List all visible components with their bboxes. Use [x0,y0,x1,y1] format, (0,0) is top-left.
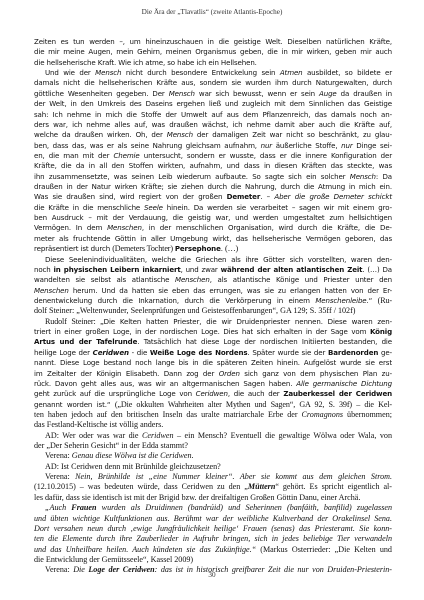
text-line: Verena: Nein, Brünhilde ist „eine Nummer… [34,472,392,482]
text-line: heilige Loge der Ceridwen - die Weiße Lo… [34,348,392,358]
text-segment: das Festland-Keltische ist völlig anders… [34,420,163,429]
text-segment: Was sie draußen sind, wird regiert von d… [34,192,227,201]
text-segment: : Da [376,172,392,181]
text-segment: , als atlantische Könige und Priester un… [210,275,392,284]
emphasis-text: Weiße Loge des Nordens [150,348,248,357]
text-segment: Orden [219,369,240,378]
text-line: nannt. Diese Loge bestand noch lange bis… [34,358,392,368]
text-segment: wurden als Druidinnen (bandrúid) und Seh… [97,503,393,512]
text-line: rück. Davon geht alles aus, was wir an a… [34,379,392,389]
text-line: Kräfte, die da in all den Stoffen wirkte… [34,161,392,171]
text-segment: ge- [378,348,392,357]
text-segment: Menschen [107,223,142,232]
text-segment: Genau diese Wölwa ist die Ceridwen. [72,451,194,460]
text-segment: Vermögen. In dem [34,223,107,232]
text-segment: “ gehört. Es spricht eigentlich al- [275,482,392,491]
text-segment: repräsentiert ist durch [34,244,112,253]
text-segment: les dafür, dass sie identisch ist mit de… [34,493,360,502]
emphasis-text: in physischen Leibern inkarniert [54,265,181,274]
text-segment: . – [260,192,274,201]
text-segment: sah: Ich nehme in mich die Stoffe der Um… [34,110,392,119]
text-line: die hellseherische Kraft. Wie ich atme, … [34,58,392,68]
text-segment: AD: Wer oder was war die [45,431,142,440]
text-segment: herum. Und da hatten sie eben das errung… [69,286,392,295]
text-segment: die mir meine Augen, mein Gehirn, meinen… [34,47,392,56]
text-line: „Auch Frauen wurden als Druidinnen (band… [34,503,392,513]
text-segment: ben Ausdruck – mit der Verdauung, die ge… [34,213,392,222]
text-segment: ben, dass das, was er als seine Nahrung … [34,141,261,150]
text-segment: draußen in der Natur wirken Kräfte; sie … [34,182,392,191]
text-segment: war sich bewusst, wenn er sein [195,89,319,98]
text-segment: Dort versahen neun durch ‚ewige Jungfräu… [34,524,392,533]
text-segment: sich ganz von dem physischen Plan zu- [240,369,392,378]
emphasis-text: König [370,327,392,336]
text-line: repräsentiert ist durch (Demeters Tochte… [34,244,392,254]
text-segment: äußerliche Stoffe, [272,141,341,150]
text-segment: ders war, ich nehme alles auf, was drauß… [34,120,392,129]
text-segment: .“ [367,296,378,305]
text-line: sah: Ich nehme in mich die Stoffe der Um… [34,110,392,120]
text-segment: heilige Loge der [34,348,93,357]
text-segment: und das Unheilbare heilen. Auch kündeten… [34,545,256,554]
text-segment: nicht durch besondere Entwickelung sein [121,68,280,77]
text-segment: hinein. Da werden sie verarbeitet – sage… [163,203,392,212]
text-segment: die Kräfte in die menschliche [34,203,144,212]
text-segment: (Demeters Tochter) [112,244,175,253]
text-line: en, die man mit der Chemie untersucht, s… [34,151,392,161]
emphasis-text: Frauen [71,503,96,512]
text-segment: Cromagnons [302,410,344,419]
text-segment: übernommen; [343,410,392,419]
text-line: der Welt, in den Umkreis des Daseins erg… [34,99,392,109]
running-header: Die Ära der „Tlavatlis“ (zweite Atlantis… [0,8,424,16]
text-segment: der „Der Seherin Gesicht“ in der Edda st… [34,441,188,450]
emphasis-text: während der alten atlantischen Zeit [221,265,363,274]
text-segment: der Welt, in den Umkreis des Daseins erg… [34,99,392,108]
text-segment: untersucht, sondern er wusste, dass er d… [140,151,392,160]
text-segment: genannt worden ist.“ [34,400,115,409]
text-segment: Verena: [45,451,72,460]
text-segment: . Tatsächlich hat diese Loge der nordisc… [137,337,392,346]
text-line: genannt worden ist.“ („Die okkulten Wahr… [34,400,392,410]
text-segment: denentwickelung durch die Inkarnation, d… [34,296,315,305]
text-segment: Kräfte, die da in all den Stoffen wirkte… [34,161,392,170]
text-segment: Verena: [45,472,75,481]
text-segment: Rudolf Steiner: „ [45,317,104,326]
text-segment: wandelten sie selbst als atlantische [34,275,175,284]
text-segment: nur [261,141,272,150]
emphasis-text: Demeter [227,192,261,201]
text-line: meter als fruchtende Göttin in aller Umg… [34,234,392,244]
text-segment: Ceridwen [142,431,173,440]
emphasis-text: Ceridwen [93,348,129,357]
text-segment: Diese Seelenindividualitäten, welche die… [45,255,392,264]
text-segment: Chemie [113,151,139,160]
text-line: der „Der Seherin Gesicht“ in der Edda st… [34,441,392,451]
text-segment: („Die okkulten Wahrheiten alter Mythen u… [115,400,392,409]
text-line: Und wie der Mensch nicht durch besondere… [34,68,392,78]
text-segment: die Entwicklung der Gemütsseele“, Kassel… [34,555,193,564]
text-segment: ausbildet, so bildete er [303,68,393,77]
emphasis-text: Müttern [248,482,275,491]
text-segment: welche da draußen wirken. Oh, der [34,130,167,139]
text-segment: damals nicht die hellseherischen Kräfte … [34,78,392,87]
text-segment: „Auch [45,503,71,512]
text-line: ben Ausdruck – mit der Verdauung, die ge… [34,213,392,223]
text-line: denentwickelung durch die Inkarnation, d… [34,296,392,306]
text-line: die Kräfte in die menschliche Seele hine… [34,203,392,213]
text-line: und übten wichtige Kultfunktionen aus. B… [34,514,392,524]
text-segment: – ein Mensch? Eventuell die gewaltige Wö… [174,431,393,440]
emphasis-text: Artus und der Tafelrunde [34,337,137,346]
text-segment: , und zwar [181,265,221,274]
text-line: ihn zusammensetzte, was seinen Leib wied… [34,172,392,182]
text-segment: da draußen in [337,89,392,98]
text-line: die Entwicklung der Gemütsseele“, Kassel… [34,555,392,565]
text-line: wandelten sie selbst als atlantische Men… [34,275,392,285]
text-segment: rück. Davon geht alles aus, was wir an a… [34,379,296,388]
text-segment: , die auch der [228,389,283,398]
text-segment: Menschen [34,286,69,295]
text-segment: Mensch [167,130,193,139]
text-segment: geht zurück auf die ursprüngliche Loge v… [34,389,196,398]
text-segment: - die [129,348,150,357]
text-segment: Die Kelten hatten Priester, die wir Drui… [104,317,392,326]
text-line: geht zurück auf die ursprüngliche Loge v… [34,389,392,399]
text-line: AD: Ist Ceridwen denn mit Brünhilde glei… [34,462,392,472]
text-segment: AD: Ist Ceridwen denn mit Brünhilde glei… [45,462,221,471]
text-segment: ten haben jedoch auf den britischen Inse… [34,410,302,419]
text-segment: , in der menschlichen Organisation, wird… [142,223,392,232]
text-segment: Aber die große Demeter schickt [274,192,392,201]
text-segment: en, die man mit der [34,151,113,160]
text-line: welche da draußen wirken. Oh, der Mensch… [34,130,392,140]
text-line: ten die Elemente durch ihre Zauberlieder… [34,534,392,544]
text-segment: göttliche Wesenheiten gegeben. Der [34,89,169,98]
text-segment: Alle germanische Dichtung [296,379,392,388]
text-segment: Menschen [175,275,210,284]
text-line: göttliche Wesenheiten gegeben. Der Mensc… [34,89,392,99]
text-segment: (12.10.2015) – was bedeuten würde, dass … [34,482,248,491]
text-segment: Seele [144,203,163,212]
text-line: les dafür, dass sie identisch ist mit de… [34,493,392,503]
emphasis-text: Bardenorden [328,348,378,357]
text-line: das Festland-Keltische ist völlig anders… [34,420,392,430]
text-segment: die hellseherische Kraft. Wie ich atme, … [34,58,257,67]
text-line: Artus und der Tafelrunde. Tatsächlich ha… [34,337,392,347]
text-segment: nur [341,141,352,150]
text-line: ben, dass das, was er als seine Nahrung … [34,141,392,151]
text-segment: Nein, Brünhilde ist „eine Nummer kleiner… [75,472,392,481]
text-line: triert in einer großen Loge, in der nord… [34,327,392,337]
text-segment: Menschenleibe [315,296,366,305]
text-line: damals nicht die hellseherischen Kräfte … [34,78,392,88]
text-segment: ihn zusammensetzte, was seinen Leib wied… [34,172,350,181]
text-segment: (Ru- [378,296,392,305]
text-segment: und übten wichtige Kultfunktionen aus. B… [34,514,392,523]
emphasis-text: Persephone [175,244,221,253]
text-segment: Und wie der [45,68,95,77]
text-line: Dort versahen neun durch ‚ewige Jungfräu… [34,524,392,534]
text-line: ten haben jedoch auf den britischen Inse… [34,410,392,420]
text-segment: meter als fruchtende Göttin in aller Umg… [34,234,392,243]
text-segment: Zeiten es tun werden –, um hineinzuschau… [34,37,392,46]
text-segment: dolf Steiner: „Weltenwunder, Seelenprüfu… [34,306,356,315]
text-segment: Atmen [280,68,303,77]
text-segment: (Markus Osterrieder: „Die Kelten und [256,545,392,554]
text-line: noch in physischen Leibern inkarniert, u… [34,265,392,275]
text-segment: ten die Elemente durch ihre Zauberlieder… [34,534,392,543]
text-line: die mir meine Augen, mein Gehirn, meinen… [34,47,392,57]
text-line: AD: Wer oder was war die Ceridwen – ein … [34,431,392,441]
text-line: Rudolf Steiner: „Die Kelten hatten Pries… [34,317,392,327]
text-segment: nannt. Diese Loge bestand noch lange bis… [34,358,392,367]
text-segment: . Später wurde sie der [247,348,328,357]
text-line: Menschen herum. Und da hatten sie eben d… [34,286,392,296]
text-segment: Mensch [95,68,121,77]
text-line: (12.10.2015) – was bedeuten würde, dass … [34,482,392,492]
text-segment: Auge [319,89,337,98]
text-line: Zeiten es tun werden –, um hineinzuschau… [34,37,392,47]
text-line: Verena: Genau diese Wölwa ist die Ceridw… [34,451,392,461]
text-segment: der damaligen Zeit war nicht so beschrän… [193,130,392,139]
text-line: dolf Steiner: „Weltenwunder, Seelenprüfu… [34,306,392,316]
text-line: Vermögen. In dem Menschen, in der mensch… [34,223,392,233]
text-segment: Mensch [169,89,195,98]
text-line: Diese Seelenindividualitäten, welche die… [34,255,392,265]
text-segment: noch [34,265,54,274]
page-number: 30 [0,571,424,579]
text-line: Was sie draußen sind, wird regiert von d… [34,192,392,202]
document-body: Zeiten es tun werden –, um hineinzuschau… [34,37,392,576]
text-line: ders war, ich nehme alles auf, was drauß… [34,120,392,130]
text-segment: im Zeitalter der Königin Elisabeth. Dann… [34,369,219,378]
text-segment: . (…) Da [362,265,392,274]
text-line: und das Unheilbare heilen. Auch kündeten… [34,545,392,555]
text-line: im Zeitalter der Königin Elisabeth. Dann… [34,369,392,379]
emphasis-text: Zauberkessel der Ceridwen [283,389,392,398]
text-segment: Mensch [350,172,376,181]
text-line: draußen in der Natur wirken Kräfte; sie … [34,182,392,192]
text-segment: triert in einer großen Loge, in der nord… [34,327,370,336]
text-segment: Ceridwen [196,389,228,398]
text-segment: (…) [225,244,238,253]
text-segment: Dinge sei- [353,141,392,150]
